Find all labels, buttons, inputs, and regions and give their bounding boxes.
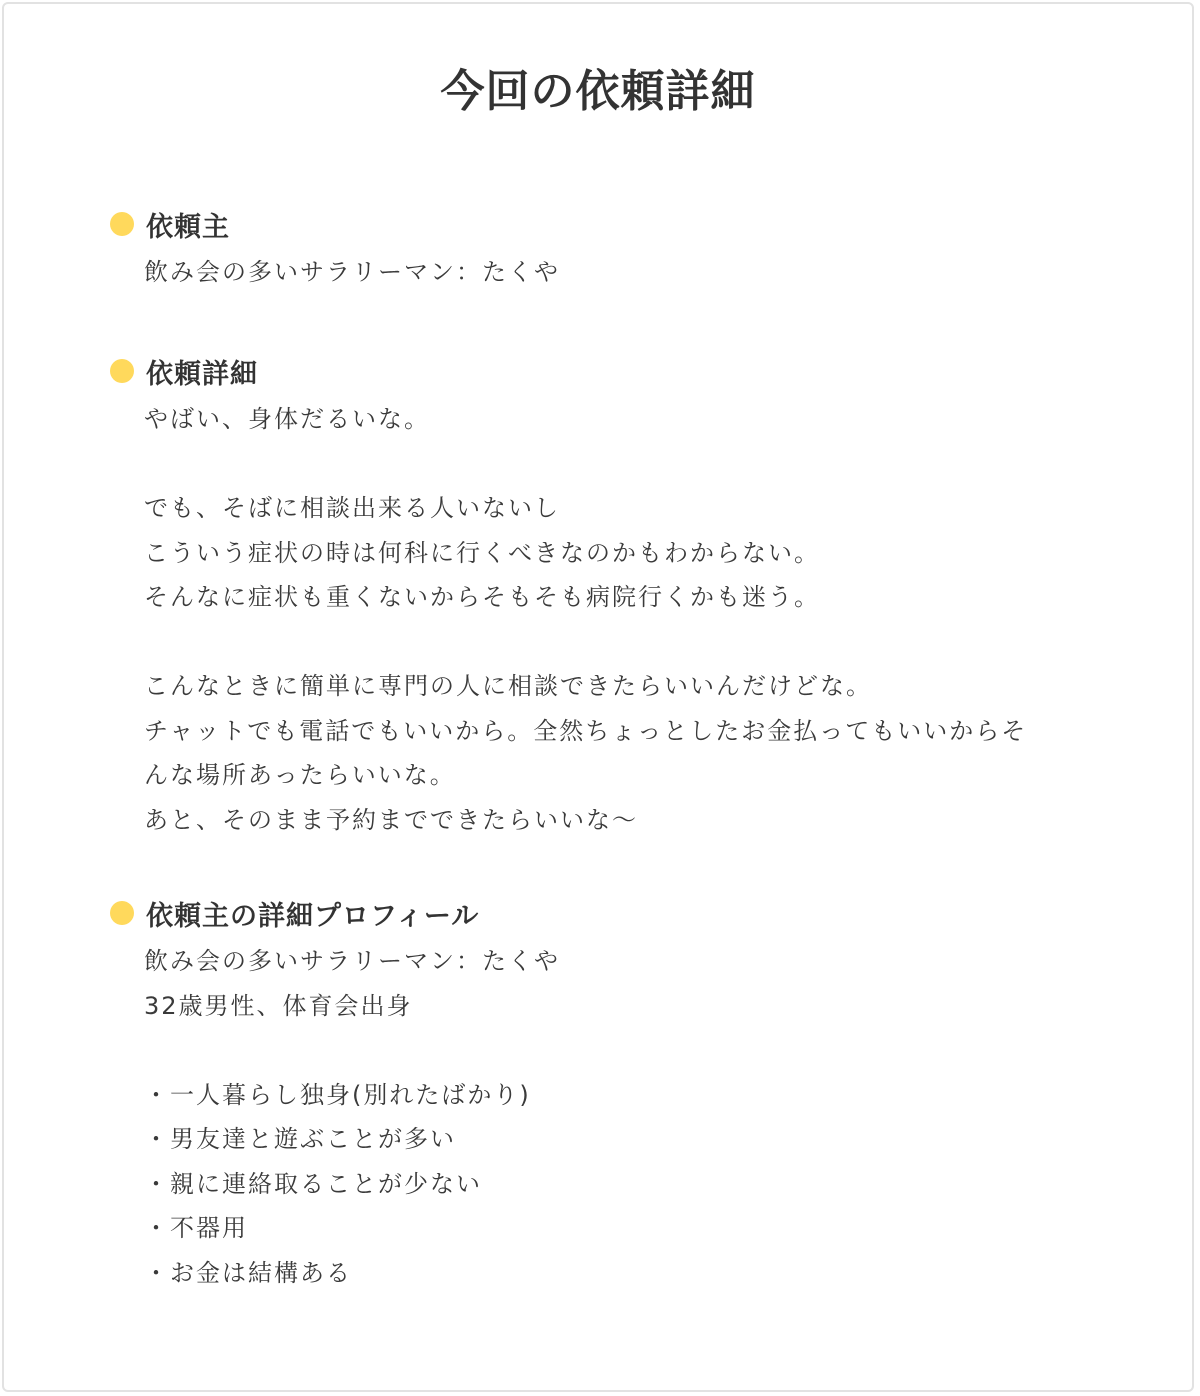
text-line: そんなに症状も重くないからそもそも病院行くかも迷う。 (144, 575, 1108, 620)
text-line: チャットでも電話でもいいから。全然ちょっとしたお金払ってもいいからそ (144, 709, 1108, 754)
text-line: こんなときに簡単に専門の人に相談できたらいいんだけどな。 (144, 664, 1108, 709)
circle-bullet-icon (110, 212, 134, 236)
list-item: ・不器用 (144, 1206, 1108, 1251)
text-line: 32歳男性、体育会出身 (144, 984, 1108, 1029)
circle-bullet-icon (110, 901, 134, 925)
list-item: ・一人暮らし独身(別れたばかり) (144, 1073, 1108, 1118)
list-item: ・お金は結構ある (144, 1251, 1108, 1296)
section-request-details: 依頼詳細 やばい、身体だるいな。 でも、そばに相談出来る人いないし こういう症状… (108, 351, 1108, 842)
list-item: ・親に連絡取ることが少ない (144, 1162, 1108, 1207)
blank-line (144, 1028, 1108, 1073)
text-line: でも、そばに相談出来る人いないし (144, 486, 1108, 531)
request-detail-card: 今回の依頼詳細 依頼主 飲み会の多いサラリーマン：たくや 依頼詳細 やばい、身体… (2, 2, 1194, 1392)
section-title: 依頼詳細 (146, 352, 258, 391)
text-line: やばい、身体だるいな。 (144, 397, 1108, 442)
list-item: ・男友達と遊ぶことが多い (144, 1117, 1108, 1162)
text-line: こういう症状の時は何科に行くべきなのかもわからない。 (144, 531, 1108, 576)
text-line: 飲み会の多いサラリーマン：たくや (144, 250, 1108, 295)
circle-bullet-icon (110, 359, 134, 383)
section-header: 依頼詳細 (108, 351, 1108, 391)
section-body: 飲み会の多いサラリーマン：たくや (144, 250, 1108, 295)
blank-line (144, 442, 1108, 487)
section-title: 依頼主の詳細プロフィール (146, 894, 479, 933)
text-line: あと、そのまま予約までできたらいいな〜 (144, 798, 1108, 843)
section-body: 飲み会の多いサラリーマン：たくや 32歳男性、体育会出身 ・一人暮らし独身(別れ… (144, 939, 1108, 1295)
section-title: 依頼主 (146, 205, 230, 244)
text-line: 飲み会の多いサラリーマン：たくや (144, 939, 1108, 984)
text-line: んな場所あったらいいな。 (144, 753, 1108, 798)
section-client-profile: 依頼主の詳細プロフィール 飲み会の多いサラリーマン：たくや 32歳男性、体育会出… (108, 893, 1108, 1295)
section-header: 依頼主の詳細プロフィール (108, 893, 1108, 933)
page-title: 今回の依頼詳細 (4, 62, 1192, 122)
section-header: 依頼主 (108, 204, 1108, 244)
section-body: やばい、身体だるいな。 でも、そばに相談出来る人いないし こういう症状の時は何科… (144, 397, 1108, 842)
blank-line (144, 620, 1108, 665)
section-client: 依頼主 飲み会の多いサラリーマン：たくや (108, 204, 1108, 295)
